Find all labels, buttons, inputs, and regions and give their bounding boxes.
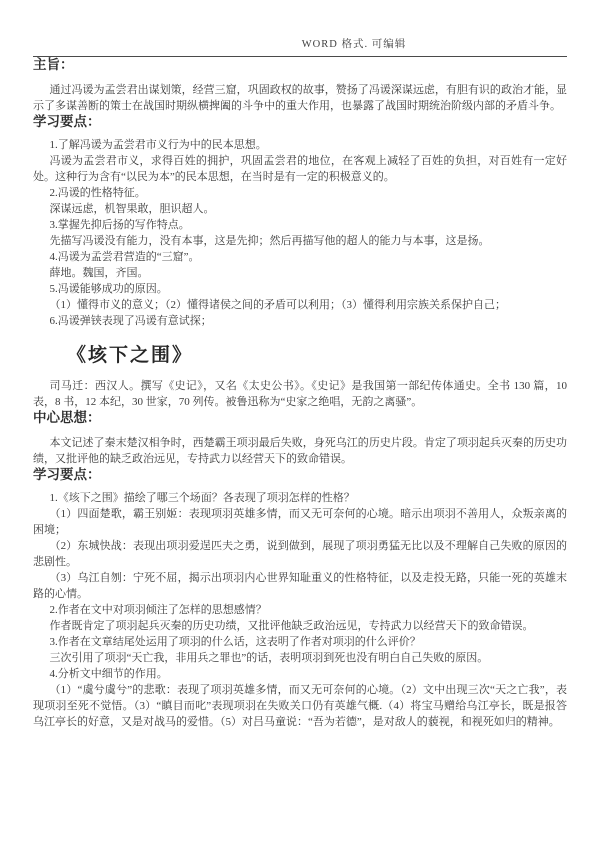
study-point: 6.冯谖弹铗表现了冯谖有意试探； xyxy=(33,313,567,329)
heading-zhongxin: 中心思想： xyxy=(33,410,567,425)
zhongxin-paragraph: 本文记述了秦末楚汉相争时，西楚霸王项羽最后失败，身死乌江的历史片段。肯定了项羽起… xyxy=(33,435,567,467)
document-page: WORD 格式. 可编辑 主旨： 通过冯谖为孟尝君出谋划策，经营三窟，巩固政权的… xyxy=(0,0,600,848)
study-point: 2.作者在文中对项羽倾注了怎样的思想感情？ xyxy=(33,602,567,618)
zhuzhi-paragraph: 通过冯谖为孟尝君出谋划策，经营三窟，巩固政权的故事，赞扬了冯谖深谋远虑，有胆有识… xyxy=(33,82,567,114)
study-point: （1）“虞兮虞兮”的悲歌：表现了项羽英雄多情，而又无可奈何的心境。（2）文中出现… xyxy=(33,682,567,730)
author-intro-paragraph: 司马迁：西汉人。撰写《史记》，又名《太史公书》。《史记》是我国第一部纪传体通史。… xyxy=(33,378,567,410)
document-header: WORD 格式. 可编辑 xyxy=(33,36,567,57)
study-point: （3）乌江自刎：宁死不屈，揭示出项羽内心世界知耻重义的性格特征，以及走投无路，只… xyxy=(33,570,567,602)
study-point: （1）四面楚歌，霸王别姬：表现项羽英雄多情，而又无可奈何的心境。暗示出项羽不善用… xyxy=(33,506,567,538)
study-points-lesson1: 1.了解冯谖为孟尝君市义行为中的民本思想。 冯谖为孟尝君市义，求得百姓的拥护，巩… xyxy=(33,137,567,329)
study-point: 1.了解冯谖为孟尝君市义行为中的民本思想。 xyxy=(33,137,567,153)
study-point: 薛地。魏国，齐国。 xyxy=(33,265,567,281)
lesson2-title: 《垓下之围》 xyxy=(33,344,567,368)
study-point: 2.冯谖的性格特征。 xyxy=(33,185,567,201)
study-point: 先描写冯谖没有能力，没有本事，这是先抑；然后再描写他的超人的能力与本事，这是扬。 xyxy=(33,233,567,249)
study-point: 5.冯谖能够成功的原因。 xyxy=(33,281,567,297)
study-point: （2）东城快战：表现出项羽爱逞匹夫之勇，说到做到，展现了项羽勇猛无比以及不理解自… xyxy=(33,538,567,570)
study-point: 作者既肯定了项羽起兵灭秦的历史功绩，又批评他缺乏政治远见，专持武力以经营天下的致… xyxy=(33,618,567,634)
header-watermark-text: WORD 格式. 可编辑 xyxy=(87,36,600,51)
study-point: 深谋远虑，机智果敢，胆识超人。 xyxy=(33,201,567,217)
study-point: （1）懂得市义的意义；（2）懂得诸侯之间的矛盾可以利用；（3）懂得利用宗族关系保… xyxy=(33,297,567,313)
study-point: 4.冯谖为孟尝君营造的“三窟”。 xyxy=(33,249,567,265)
study-point: 4.分析文中细节的作用。 xyxy=(33,666,567,682)
study-point: 三次引用了项羽“天亡我，非用兵之罪也”的话，表明项羽到死也没有明白自己失败的原因… xyxy=(33,650,567,666)
heading-zhuzhi: 主旨： xyxy=(33,57,567,72)
study-point: 3.掌握先抑后扬的写作特点。 xyxy=(33,217,567,233)
study-point: 1.《垓下之围》描绘了哪三个场面？各表现了项羽怎样的性格？ xyxy=(33,490,567,506)
heading-xuexi-lesson1: 学习要点： xyxy=(33,114,567,129)
heading-xuexi-lesson2: 学习要点： xyxy=(33,467,567,482)
study-points-lesson2: 1.《垓下之围》描绘了哪三个场面？各表现了项羽怎样的性格？ （1）四面楚歌，霸王… xyxy=(33,490,567,730)
study-point: 冯谖为孟尝君市义，求得百姓的拥护，巩固孟尝君的地位，在客观上减轻了百姓的负担，对… xyxy=(33,153,567,185)
study-point: 3.作者在文章结尾处运用了项羽的什么话，这表明了作者对项羽的什么评价？ xyxy=(33,634,567,650)
